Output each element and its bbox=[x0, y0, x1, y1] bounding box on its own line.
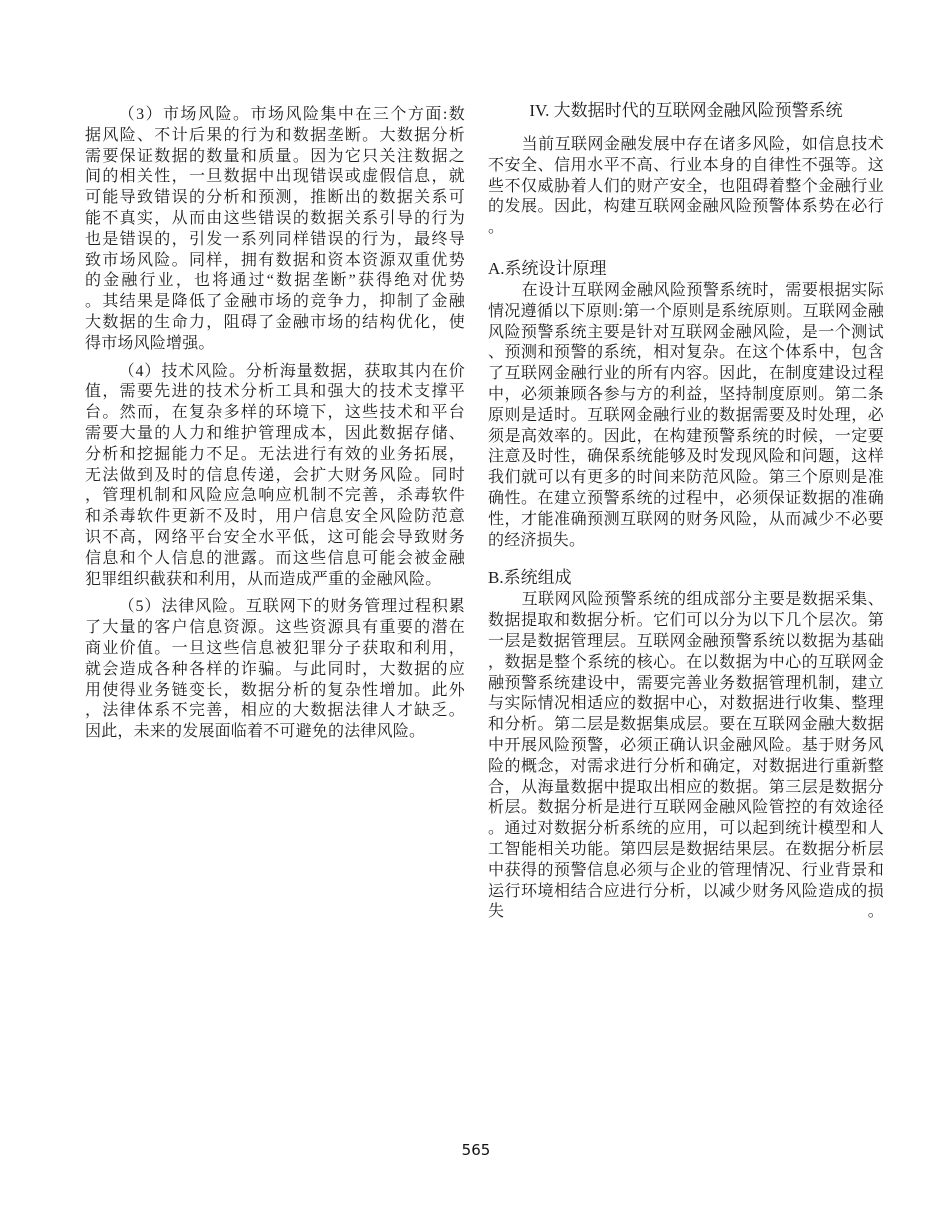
left-column: （3）市场风险。市场风险集中在三个方面:数据风险、不计后果的行为和数据垄断。大数… bbox=[85, 105, 465, 750]
text-line: 。通过对数据分析系统的应用，可以起到统计模型和人 bbox=[488, 819, 884, 840]
text-line: ，管理机制和风险应急响应机制不完善，杀毒软件 bbox=[85, 486, 465, 507]
text-line: 。其结果是降低了金融市场的竞争力，抑制了金融 bbox=[85, 292, 465, 313]
text-line: 须是高效率的。因此，在构建预警系统的时候，一定要 bbox=[488, 427, 884, 448]
text-line: （4）技术风险。分析海量数据，获取其内在价 bbox=[85, 362, 465, 383]
text-line: 运行环境相结合应进行分析，以减少财务风险造成的损 bbox=[488, 882, 884, 903]
text-line: 识不高，网络平台安全水平低，这可能会导致财务 bbox=[85, 528, 465, 549]
text-line: 大数据的生命力，阻碍了金融市场的结构优化，使 bbox=[85, 313, 465, 334]
text-line: 用使得业务链变长，数据分析的复杂性增加。此外 bbox=[85, 681, 465, 702]
text-line: 无法做到及时的信息传递，会扩大财务风险。同时 bbox=[85, 466, 465, 487]
text-line: （5）法律风险。互联网下的财务管理过程积累 bbox=[85, 597, 465, 618]
right-column: IV. 大数据时代的互联网金融风险预警系统 当前互联网金融发展中存在诸多风险，如… bbox=[488, 100, 884, 923]
text-line: 商业价值。一旦这些信息被犯罪分子获取和利用， bbox=[85, 639, 465, 660]
text-line: 因此，未来的发展面临着不可避免的法律风险。 bbox=[85, 722, 465, 743]
text-line: 需要大量的人力和维护管理成本，因此数据存储、 bbox=[85, 424, 465, 445]
text-line: 我们就可以有更多的时间来防范风险。第三个原则是准 bbox=[488, 468, 884, 489]
paragraph-design-principles: 在设计互联网金融风险预警系统时，需要根据实际情况遵循以下原则:第一个原则是系统原… bbox=[488, 281, 884, 551]
text-line: 犯罪组织截获和利用，从而造成严重的金融风险。 bbox=[85, 570, 465, 591]
text-line: 信息和个人信息的泄露。而这些信息可能会被金融 bbox=[85, 549, 465, 570]
subsection-b-label: B.系统组成 bbox=[488, 567, 884, 588]
text-line: 工智能相关功能。第四层是数据结果层。在数据分析层 bbox=[488, 840, 884, 861]
text-line: 一层是数据管理层。互联网金融预警系统以数据为基础 bbox=[488, 632, 884, 653]
section-iv-title: IV. 大数据时代的互联网金融风险预警系统 bbox=[488, 100, 884, 122]
text-line: 析层。数据分析是进行互联网金融风险管控的有效途径 bbox=[488, 798, 884, 819]
text-line: 间的相关性，一旦数据中出现错误或虚假信息，就 bbox=[85, 167, 465, 188]
text-line: 分析和挖掘能力不足。无法进行有效的业务拓展， bbox=[85, 445, 465, 466]
text-line: 与实际情况相适应的数据中心，对数据进行收集、整理 bbox=[488, 694, 884, 715]
paragraph-technical-risk: （4）技术风险。分析海量数据，获取其内在价值，需要先进的技术分析工具和强大的技术… bbox=[85, 362, 465, 591]
text-line: 和杀毒软件更新不及时，用户信息安全风险防范意 bbox=[85, 507, 465, 528]
text-line: ，法律体系不完善，相应的大数据法律人才缺乏。 bbox=[85, 701, 465, 722]
text-line: 性，才能准确预测互联网的财务风险，从而减少不必要 bbox=[488, 510, 884, 531]
text-line: 据风险、不计后果的行为和数据垄断。大数据分析 bbox=[85, 126, 465, 147]
text-line: 在设计互联网金融风险预警系统时，需要根据实际 bbox=[488, 281, 884, 302]
text-line: 就会造成各种各样的诈骗。与此同时，大数据的应 bbox=[85, 660, 465, 681]
text-line: 。 bbox=[488, 218, 884, 239]
text-line: 值，需要先进的技术分析工具和强大的技术支撑平 bbox=[85, 382, 465, 403]
text-line: 的发展。因此，构建互联网金融风险预警体系势在必行 bbox=[488, 197, 884, 218]
text-line: 得市场风险增强。 bbox=[85, 334, 465, 355]
paragraph-legal-risk: （5）法律风险。互联网下的财务管理过程积累了大量的客户信息资源。这些资源具有重要… bbox=[85, 597, 465, 743]
paragraph-intro: 当前互联网金融发展中存在诸多风险，如信息技术不安全、信用水平不高、行业本身的自律… bbox=[488, 135, 884, 239]
text-line: 确性。在建立预警系统的过程中，必须保证数据的准确 bbox=[488, 489, 884, 510]
text-line: 、预测和预警的系统，相对复杂。在这个体系中，包含 bbox=[488, 343, 884, 364]
text-line: 数据提取和数据分析。它们可以分为以下几个层次。第 bbox=[488, 611, 884, 632]
text-line: 融预警系统建设中，需要完善业务数据管理机制，建立 bbox=[488, 674, 884, 695]
text-line: 当前互联网金融发展中存在诸多风险，如信息技术 bbox=[488, 135, 884, 156]
text-line: （3）市场风险。市场风险集中在三个方面:数 bbox=[85, 105, 465, 126]
text-line: 中开展风险预警，必须正确认识金融风险。基于财务风 bbox=[488, 736, 884, 757]
text-line: 的经济损失。 bbox=[488, 531, 884, 552]
text-line: 的金融行业，也将通过“数据垄断”获得绝对优势 bbox=[85, 271, 465, 292]
text-line: 了大量的客户信息资源。这些资源具有重要的潜在 bbox=[85, 618, 465, 639]
paragraph-market-risk: （3）市场风险。市场风险集中在三个方面:数据风险、不计后果的行为和数据垄断。大数… bbox=[85, 105, 465, 355]
text-line: 可能导致错误的分析和预测，推断出的数据关系可 bbox=[85, 188, 465, 209]
text-line: 台。然而，在复杂多样的环境下，这些技术和平台 bbox=[85, 403, 465, 424]
text-line: 合，从海量数据中提取出相应的数据。第三层是数据分 bbox=[488, 778, 884, 799]
text-line: 险的概念，对需求进行分析和确定，对数据进行重新整 bbox=[488, 757, 884, 778]
subsection-a-label: A.系统设计原理 bbox=[488, 258, 884, 279]
page-number: 565 bbox=[0, 1141, 952, 1159]
text-line: 注意及时性，确保系统能够及时发现风险和问题，这样 bbox=[488, 447, 884, 468]
text-line: 能不真实，从而由这些错误的数据关系引导的行为 bbox=[85, 209, 465, 230]
text-line: 致市场风险。同样，拥有数据和资本资源双重优势 bbox=[85, 251, 465, 272]
text-line: 也是错误的，引发一系列同样错误的行为，最终导 bbox=[85, 230, 465, 251]
text-line: 失。 bbox=[488, 902, 884, 923]
paragraph-system-composition: 互联网风险预警系统的组成部分主要是数据采集、数据提取和数据分析。它们可以分为以下… bbox=[488, 590, 884, 923]
text-line: 了互联网金融行业的所有内容。因此，在制度建设过程 bbox=[488, 364, 884, 385]
text-line: 和分析。第二层是数据集成层。要在互联网金融大数据 bbox=[488, 715, 884, 736]
text-line: 原则是适时。互联网金融行业的数据需要及时处理，必 bbox=[488, 406, 884, 427]
text-line: ，数据是整个系统的核心。在以数据为中心的互联网金 bbox=[488, 653, 884, 674]
text-line: 风险预警系统主要是针对互联网金融风险，是一个测试 bbox=[488, 323, 884, 344]
text-line: 中获得的预警信息必须与企业的管理情况、行业背景和 bbox=[488, 861, 884, 882]
text-line: 需要保证数据的数量和质量。因为它只关注数据之 bbox=[85, 147, 465, 168]
text-line: 情况遵循以下原则:第一个原则是系统原则。互联网金融 bbox=[488, 302, 884, 323]
text-line: 中，必须兼顾各参与方的利益，坚持制度原则。第二条 bbox=[488, 385, 884, 406]
text-line: 互联网风险预警系统的组成部分主要是数据采集、 bbox=[488, 590, 884, 611]
text-line: 些不仅威胁着人们的财产安全，也阻碍着整个金融行业 bbox=[488, 177, 884, 198]
text-line: 不安全、信用水平不高、行业本身的自律性不强等。这 bbox=[488, 156, 884, 177]
